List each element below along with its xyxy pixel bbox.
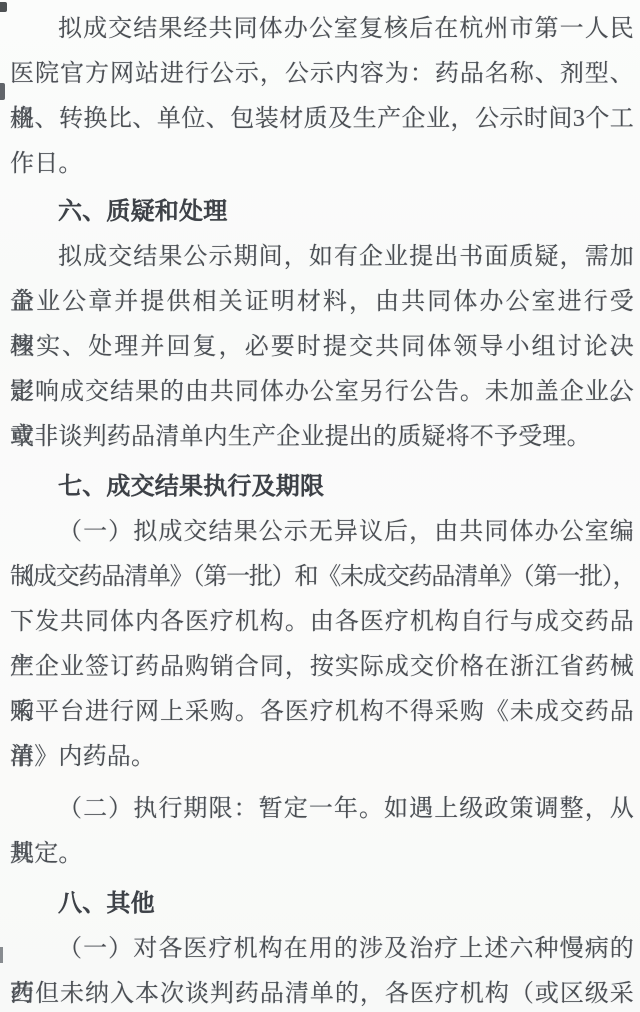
section-heading: 六、质疑和处理 — [10, 190, 634, 235]
text-line: 企业公章并提供相关证明材料，由共同体办公室进行受理、 — [10, 280, 634, 325]
section-heading: 七、成交结果执行及期限 — [10, 465, 634, 510]
scan-artifact — [0, 947, 3, 963]
text-line: 药但未纳入本次谈判药品清单的，各医疗机构（或区级采购 — [10, 972, 634, 1012]
section-heading: 八、其他 — [10, 882, 634, 927]
text-line: 格、转换比、单位、包装材质及生产企业，公示时间3个工 — [10, 97, 634, 142]
text-line: 影响成交结果的由共同体办公室另行公告。未加盖企业公章 — [10, 370, 634, 415]
text-line: 购平台进行网上采购。各医疗机构不得采购《未成交药品清 — [10, 690, 634, 735]
text-line: 拟成交结果公示期间，如有企业提出书面质疑，需加盖 — [10, 235, 634, 280]
text-line: 《成交药品清单》（第一批）和《未成交药品清单》（第一批）， — [10, 555, 634, 600]
text-line: （一）拟成交结果公示无异议后，由共同体办公室编制 — [10, 510, 634, 555]
text-line: 规定。 — [10, 832, 634, 877]
text-line: 核实、处理并回复，必要时提交共同体领导小组讨论决定。 — [10, 325, 634, 370]
text-line: 或非谈判药品清单内生产企业提出的质疑将不予受理。 — [10, 415, 634, 460]
text-line: 医院官方网站进行公示，公示内容为：药品名称、剂型、规 — [10, 52, 634, 97]
scanned-document-page: 拟成交结果经共同体办公室复核后在杭州市第一人民医院官方网站进行公示，公示内容为：… — [0, 0, 640, 1012]
text-line: 拟成交结果经共同体办公室复核后在杭州市第一人民 — [10, 7, 634, 52]
text-line: （二）执行期限：暂定一年。如遇上级政策调整，从其 — [10, 787, 634, 832]
scan-artifact — [0, 83, 5, 100]
scan-artifact — [0, 2, 7, 12]
text-line: 产企业签订药品购销合同，按实际成交价格在浙江省药械采 — [10, 645, 634, 690]
text-line: （一）对各医疗机构在用的涉及治疗上述六种慢病的西 — [10, 927, 634, 972]
text-line: 作日。 — [10, 142, 634, 187]
document-body: 拟成交结果经共同体办公室复核后在杭州市第一人民医院官方网站进行公示，公示内容为：… — [10, 7, 634, 1012]
text-line: 单》内药品。 — [10, 735, 634, 780]
text-line: 下发共同体内各医疗机构。由各医疗机构自行与成交药品生 — [10, 600, 634, 645]
